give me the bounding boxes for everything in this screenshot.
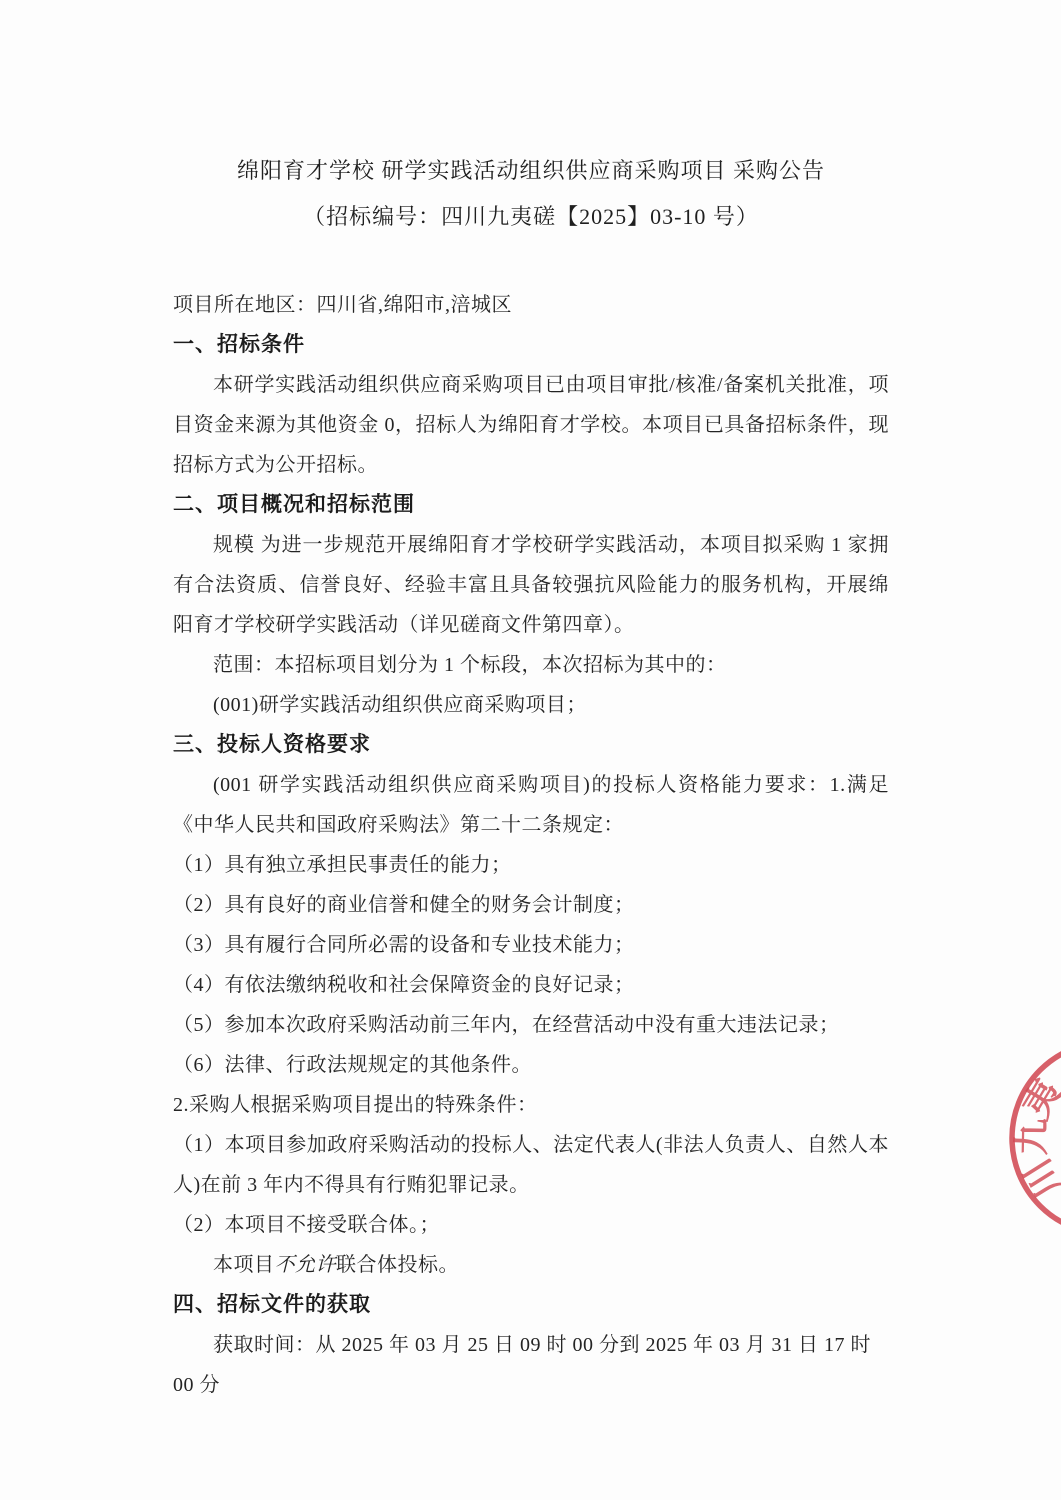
qualification-item-2: （2）具有良好的商业信誉和健全的财务会计制度； [173,885,889,925]
document-title: 绵阳育才学校 研学实践活动组织供应商采购项目 采购公告 [173,156,889,186]
scanned-document-page: 绵阳育才学校 研学实践活动组织供应商采购项目 采购公告 （招标编号：四川九夷磋【… [0,0,1061,1500]
section3-intro-paragraph: (001 研学实践活动组织供应商采购项目)的投标人资格能力要求：1.满足《中华人… [173,765,889,845]
section1-body-paragraph: 本研学实践活动组织供应商采购项目已由项目审批/核准/备案机关批准，项目资金来源为… [173,365,889,485]
obtain-time-line: 获取时间：从 2025 年 03 月 25 日 09 时 00 分到 2025 … [173,1325,889,1405]
tender-number-line: （招标编号：四川九夷磋【2025】03-10 号） [173,202,889,232]
section2-heading: 二、项目概况和招标范围 [173,485,889,525]
no-consortium-note: 本项目不允许联合体投标。 [173,1245,889,1285]
document-content: 绵阳育才学校 研学实践活动组织供应商采购项目 采购公告 （招标编号：四川九夷磋【… [173,156,889,1405]
special-condition-item-2: （2）本项目不接受联合体。； [173,1205,889,1245]
section2-scope-line: 范围：本招标项目划分为 1 个标段，本次招标为其中的： [173,645,889,685]
special-condition-item-1: （1）本项目参加政府采购活动的投标人、法定代表人(非法人负责人、自然人本人)在前… [173,1125,889,1205]
no-consortium-emphasis: 不允许 [275,1254,337,1276]
seal-char-3: 夷 [1015,1073,1061,1126]
qualification-item-5: （5）参加本次政府采购活动前三年内，在经营活动中没有重大违法记录； [173,1005,889,1045]
section3-heading: 三、投标人资格要求 [173,725,889,765]
seal-ring [1012,1042,1061,1234]
qualification-item-4: （4）有依法缴纳税收和社会保障资金的良好记录； [173,965,889,1005]
seal-char-2: 九 [1011,1118,1054,1156]
qualification-item-3: （3）具有履行合同所必需的设备和专业技术能力； [173,925,889,965]
qualification-item-1: （1）具有独立承担民事责任的能力； [173,845,889,885]
section4-heading: 四、招标文件的获取 [173,1285,889,1325]
section1-heading: 一、招标条件 [173,325,889,365]
document-body: 项目所在地区：四川省,绵阳市,涪城区 一、招标条件 本研学实践活动组织供应商采购… [173,285,889,1405]
qualification-item-6: （6）法律、行政法规规定的其他条件。 [173,1045,889,1085]
project-location-line: 项目所在地区：四川省,绵阳市,涪城区 [173,285,889,325]
section2-lot-line: (001)研学实践活动组织供应商采购项目； [173,685,889,725]
no-consortium-prefix: 本项目 [213,1254,275,1276]
special-conditions-intro: 2.采购人根据采购项目提出的特殊条件： [173,1085,889,1125]
no-consortium-suffix: 联合体投标。 [336,1254,459,1276]
section2-scale-paragraph: 规模 为进一步规范开展绵阳育才学校研学实践活动，本项目拟采购 1 家拥有合法资质… [173,525,889,645]
seal-char-1: 川 [1017,1151,1061,1204]
